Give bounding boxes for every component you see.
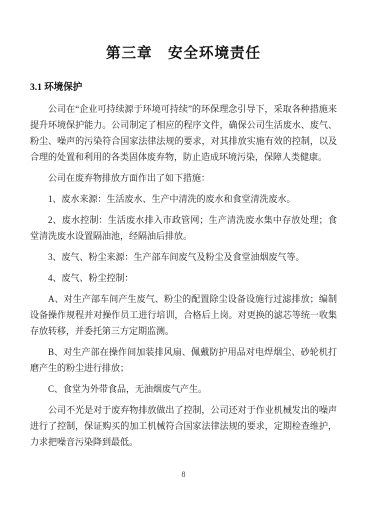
page-title: 第三章 安全环境责任 bbox=[30, 42, 337, 63]
list-item-3: 3、废气、粉尘来源：生产部车间废气及粉尘及食堂油烟废气等。 bbox=[30, 249, 337, 265]
list-item-4b: B、对生产部在操作间加装排风扇、佩戴防护用品对电焊烟尘、砂轮机打磨产生的粉尘进行… bbox=[30, 344, 337, 376]
list-item-4: 4、废气、粉尘控制： bbox=[30, 270, 337, 286]
section-heading: 3.1 环境保护 bbox=[30, 79, 337, 93]
paragraph-closing: 公司不光是对于废弃物排放做出了控制，公司还对于作业机械发出的噪声进行了控制，保证… bbox=[30, 402, 337, 450]
paragraph-intro: 公司在“企业可持续源于环境可持续”的环保理念引导下，采取各种措施来提升环境保护能… bbox=[30, 101, 337, 165]
page-number: 8 bbox=[0, 470, 367, 479]
list-item-1: 1、废水来源：生活废水、生产中清洗的废水和食堂清洗废水。 bbox=[30, 191, 337, 207]
paragraph-measures: 公司在废弃物排放方面作出了如下措施： bbox=[30, 170, 337, 186]
list-item-2: 2、废水控制：生活废水排入市政管网；生产清洗废水集中存放处理；食堂清洗废水设置隔… bbox=[30, 212, 337, 244]
list-item-4c: C、食堂为外带食品，无油烟废气产生。 bbox=[30, 381, 337, 397]
document-body: 公司在“企业可持续源于环境可持续”的环保理念引导下，采取各种措施来提升环境保护能… bbox=[30, 101, 337, 450]
list-item-4a: A、对生产部车间产生废气、粉尘的配置除尘设备设施行过滤排放；编制设备操作规程并对… bbox=[30, 291, 337, 339]
document-page: 第三章 安全环境责任 3.1 环境保护 公司在“企业可持续源于环境可持续”的环保… bbox=[0, 0, 367, 519]
